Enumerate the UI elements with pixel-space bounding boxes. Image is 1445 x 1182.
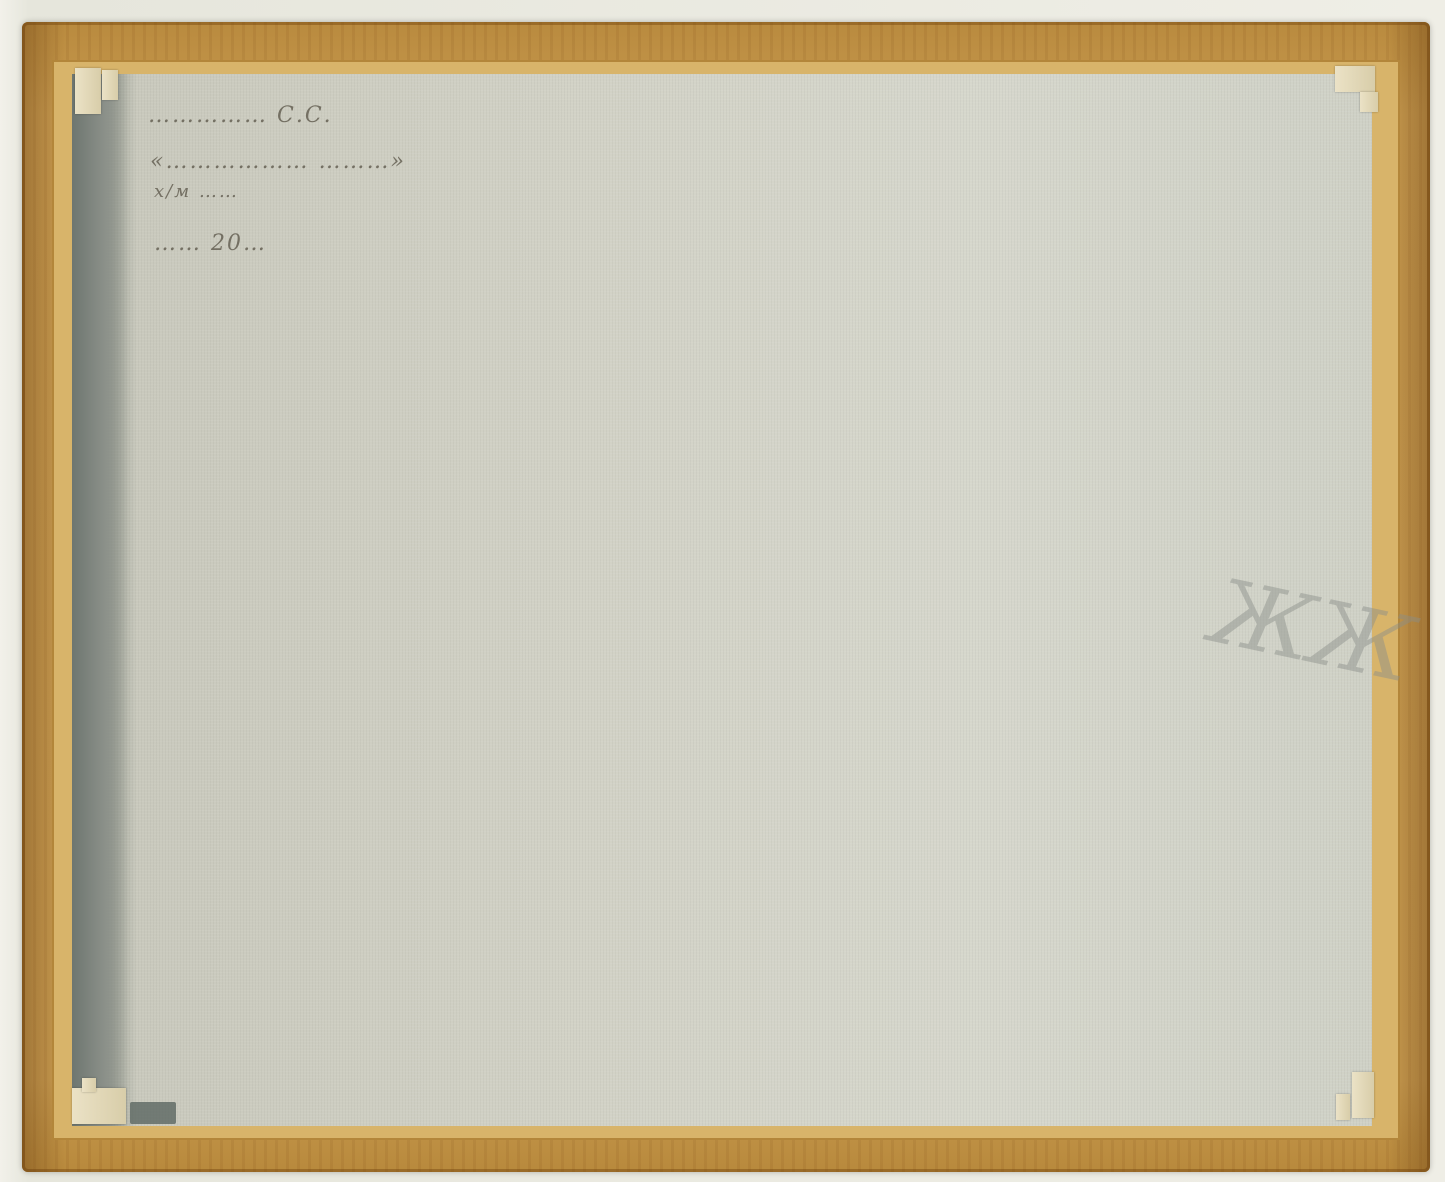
corner-key-bottom-right-inner [1336,1094,1350,1120]
corner-key-bottom-right [1352,1072,1374,1118]
canvas-back-photo: …………… С.С. «……………… ………» х/м …… …… 20… ЖЖ [0,0,1445,1182]
inscription-artist: …………… С.С. [148,105,404,139]
handwritten-inscription: …………… С.С. «……………… ………» х/м …… …… 20… [148,105,404,241]
dark-label-patch [130,1102,176,1124]
corner-key-bottom-left-inner [82,1078,96,1092]
corner-key-top-left-inner [102,70,118,100]
corner-key-top-right [1335,66,1375,92]
corner-key-top-left [75,68,101,114]
inscription-date: …… 20… [154,233,410,267]
corner-key-bottom-left [72,1088,126,1124]
inscription-title: «……………… ………» [150,151,406,185]
corner-key-top-right-inner [1360,92,1378,112]
inscription-medium: х/м …… [154,183,410,217]
